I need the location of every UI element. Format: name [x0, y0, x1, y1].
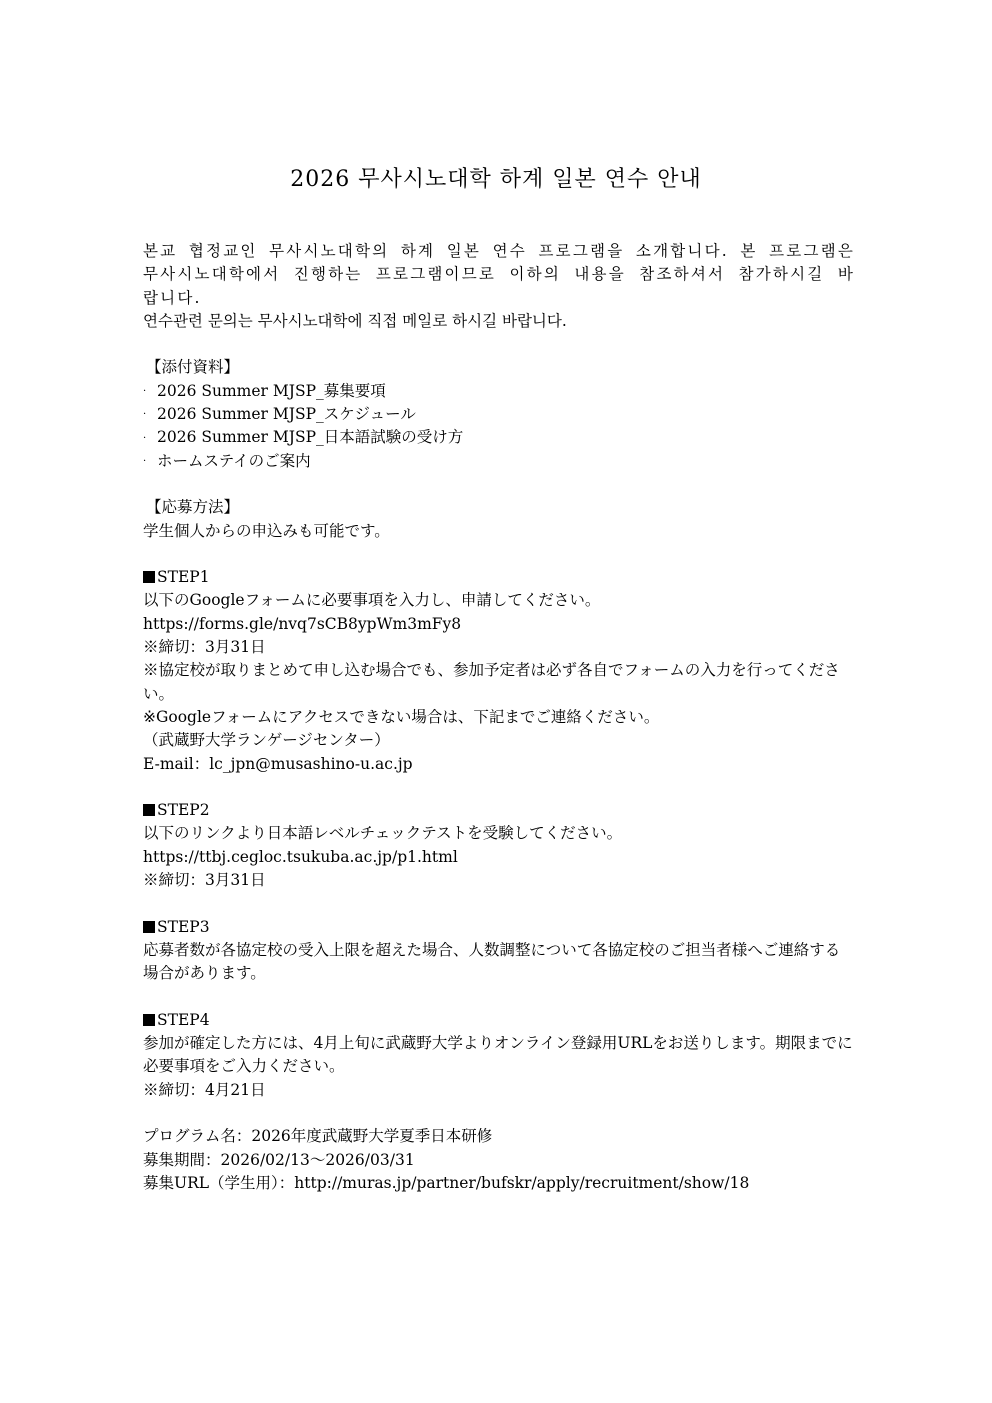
recruitment-url-line: 募集URL（学生用）：http://muras.jp/partner/bufsk… [143, 1172, 855, 1195]
google-form-link[interactable]: https://forms.gle/nvq7sCB8ypWm3mFy8 [143, 613, 855, 636]
step-3-heading: STEP3 [143, 916, 855, 939]
attachments-heading: 【添付資料】 [143, 356, 855, 379]
attachment-label: ホームステイのご案内 [157, 452, 311, 470]
step-label: STEP4 [157, 1011, 210, 1029]
spacer [143, 892, 855, 915]
step-1-instruction: 以下のGoogleフォームに必要事項を入力し、申請してください。 [143, 589, 855, 612]
step-4-deadline: ※締切：4月21日 [143, 1079, 855, 1102]
document-page: 2026 무사시노대학 하계 일본 연수 안내 본교 협정교인 무사시노대학의 … [0, 0, 992, 1403]
step-label: STEP3 [157, 918, 210, 936]
spacer [143, 1102, 855, 1125]
level-test-link[interactable]: https://ttbj.cegloc.tsukuba.ac.jp/p1.htm… [143, 846, 855, 869]
attachment-item: ·ホームステイのご案内 [143, 450, 855, 473]
spacer [143, 473, 855, 496]
step-1-deadline: ※締切：3月31日 [143, 636, 855, 659]
black-square-icon [143, 1014, 155, 1026]
spacer [143, 986, 855, 1009]
step-2-heading: STEP2 [143, 799, 855, 822]
document-body: 본교 협정교인 무사시노대학의 하계 일본 연수 프로그램을 소개합니다. 본 … [143, 240, 855, 1195]
step-1-heading: STEP1 [143, 566, 855, 589]
step-1-note: ※協定校が取りまとめて申し込む場合でも、参加予定者は必ず各自でフォームの入力を行… [143, 659, 855, 706]
recruitment-url-link[interactable]: http://muras.jp/partner/bufskr/apply/rec… [294, 1174, 749, 1192]
attachment-label: 2026 Summer MJSP_募集要項 [157, 382, 386, 400]
attachment-label: 2026 Summer MJSP_スケジュール [157, 405, 416, 423]
attachment-label: 2026 Summer MJSP_日本語試験の受け方 [157, 428, 463, 446]
attachment-item: ·2026 Summer MJSP_募集要項 [143, 380, 855, 403]
attachment-item: ·2026 Summer MJSP_日本語試験の受け方 [143, 426, 855, 449]
language-center-name: （武蔵野大学ランゲージセンター） [143, 729, 855, 752]
step-label: STEP1 [157, 568, 210, 586]
black-square-icon [143, 571, 155, 583]
bullet-icon: · [143, 427, 157, 450]
spacer [143, 543, 855, 566]
spacer [143, 776, 855, 799]
step-3-text: 応募者数が各協定校の受入上限を超えた場合、人数調整について各協定校のご担当者様へ… [143, 939, 855, 986]
bullet-icon: · [143, 450, 157, 473]
program-name: プログラム名：2026年度武蔵野大学夏季日本研修 [143, 1125, 855, 1148]
application-note: 学生個人からの申込みも可能です。 [143, 520, 855, 543]
step-4-text: 参加が確定した方には、4月上旬に武蔵野大学よりオンライン登録用URLをお送りしま… [143, 1032, 855, 1079]
recruitment-period: 募集期間：2026/02/13～2026/03/31 [143, 1149, 855, 1172]
step-4-section: STEP4 参加が確定した方には、4月上旬に武蔵野大学よりオンライン登録用URL… [143, 1009, 855, 1102]
step-4-heading: STEP4 [143, 1009, 855, 1032]
intro-paragraph: 본교 협정교인 무사시노대학의 하계 일본 연수 프로그램을 소개합니다. 본 … [143, 240, 855, 310]
step-3-section: STEP3 応募者数が各協定校の受入上限を超えた場合、人数調整について各協定校の… [143, 916, 855, 986]
black-square-icon [143, 804, 155, 816]
contact-email[interactable]: E-mail：lc_jpn@musashino-u.ac.jp [143, 753, 855, 776]
step-1-section: STEP1 以下のGoogleフォームに必要事項を入力し、申請してください。 h… [143, 566, 855, 776]
step-2-instruction: 以下のリンクより日本語レベルチェックテストを受験してください。 [143, 822, 855, 845]
bullet-icon: · [143, 403, 157, 426]
attachment-item: ·2026 Summer MJSP_スケジュール [143, 403, 855, 426]
black-square-icon [143, 921, 155, 933]
spacer [143, 333, 855, 356]
program-info: プログラム名：2026年度武蔵野大学夏季日本研修 募集期間：2026/02/13… [143, 1125, 855, 1195]
step-1-contact-note: ※Googleフォームにアクセスできない場合は、下記までご連絡ください。 [143, 706, 855, 729]
contact-note: 연수관련 문의는 무사시노대학에 직접 메일로 하시길 바랍니다. [143, 310, 855, 333]
bullet-icon: · [143, 380, 157, 403]
document-title: 2026 무사시노대학 하계 일본 연수 안내 [0, 165, 992, 195]
attachments-list: ·2026 Summer MJSP_募集要項 ·2026 Summer MJSP… [143, 380, 855, 473]
step-label: STEP2 [157, 801, 210, 819]
step-2-section: STEP2 以下のリンクより日本語レベルチェックテストを受験してください。 ht… [143, 799, 855, 892]
application-heading: 【応募方法】 [143, 496, 855, 519]
step-2-deadline: ※締切：3月31日 [143, 869, 855, 892]
recruitment-url-label: 募集URL（学生用）： [143, 1174, 294, 1192]
